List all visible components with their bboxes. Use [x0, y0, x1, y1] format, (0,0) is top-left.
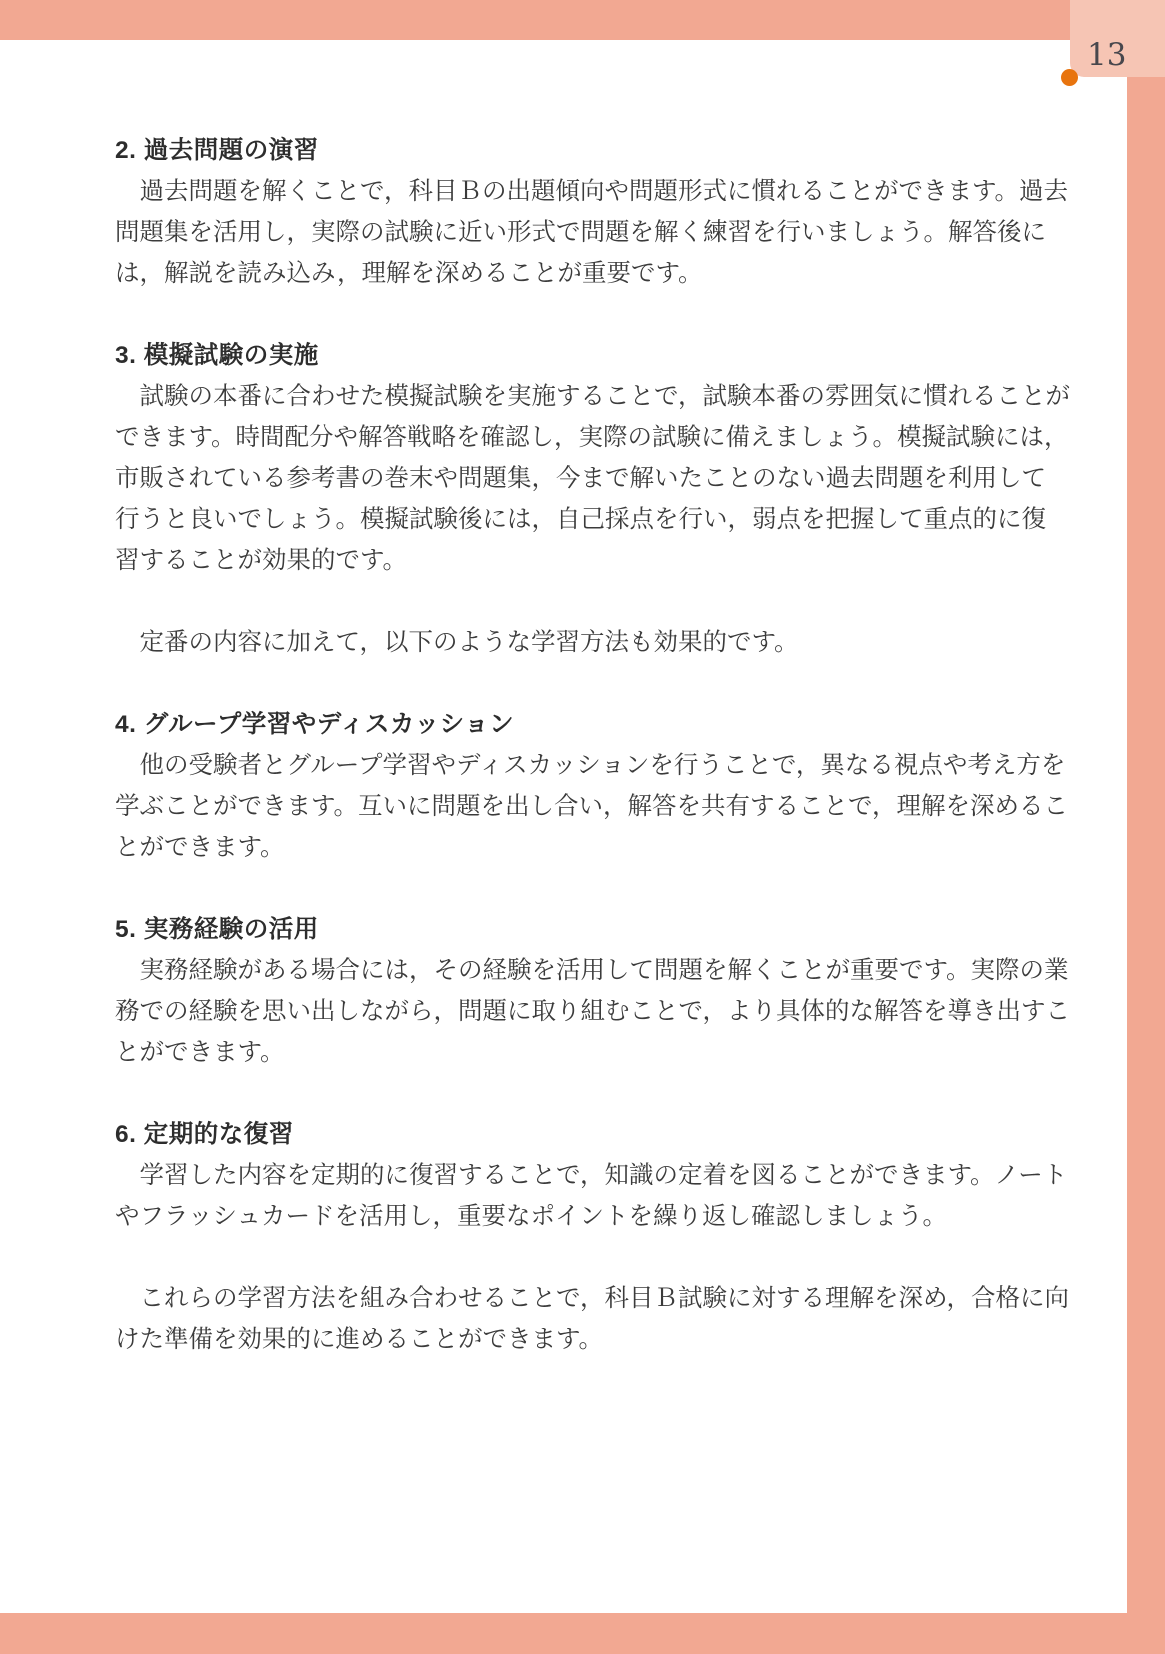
section-past-problem-practice: 2. 過去問題の演習 過去問題を解くことで，科目Ｂの出題傾向や問題形式に慣れるこ…: [115, 130, 1070, 294]
document-page: 13 2. 過去問題の演習 過去問題を解くことで，科目Ｂの出題傾向や問題形式に慣…: [0, 0, 1165, 1654]
page-number-tab: 13: [1070, 0, 1165, 77]
section-heading: 3. 模擬試験の実施: [115, 335, 1070, 376]
section-body: 過去問題を解くことで，科目Ｂの出題傾向や問題形式に慣れることができます。過去問題…: [115, 171, 1070, 294]
section-body: 試験の本番に合わせた模擬試験を実施することで，試験本番の雰囲気に慣れることができ…: [115, 376, 1070, 581]
page-number: 13: [1087, 40, 1126, 71]
section-heading: 6. 定期的な復習: [115, 1114, 1070, 1155]
section-mock-exam: 3. 模擬試験の実施 試験の本番に合わせた模擬試験を実施することで，試験本番の雰…: [115, 335, 1070, 581]
section-work-experience: 5. 実務経験の活用 実務経験がある場合には，その経験を活用して問題を解くことが…: [115, 909, 1070, 1073]
content-column: 2. 過去問題の演習 過去問題を解くことで，科目Ｂの出題傾向や問題形式に慣れるこ…: [115, 130, 1070, 1360]
section-body: 学習した内容を定期的に復習することで，知識の定着を図ることができます。ノートやフ…: [115, 1155, 1070, 1237]
section-heading: 4. グループ学習やディスカッション: [115, 704, 1070, 745]
top-bar: [0, 0, 1165, 40]
transition-note: 定番の内容に加えて，以下のような学習方法も効果的です。: [115, 622, 1070, 663]
section-body: 実務経験がある場合には，その経験を活用して問題を解くことが重要です。実際の業務で…: [115, 950, 1070, 1073]
page-marker-dot-icon: [1061, 69, 1078, 86]
section-group-study: 4. グループ学習やディスカッション 他の受験者とグループ学習やディスカッション…: [115, 704, 1070, 868]
right-margin-stripe: [1127, 40, 1165, 1654]
section-body: 他の受験者とグループ学習やディスカッションを行うことで，異なる視点や考え方を学ぶ…: [115, 745, 1070, 868]
section-periodic-review: 6. 定期的な復習 学習した内容を定期的に復習することで，知識の定着を図ることが…: [115, 1114, 1070, 1237]
bottom-bar: [0, 1613, 1165, 1654]
closing-paragraph: これらの学習方法を組み合わせることで，科目Ｂ試験に対する理解を深め，合格に向けた…: [115, 1278, 1070, 1360]
section-heading: 2. 過去問題の演習: [115, 130, 1070, 171]
section-heading: 5. 実務経験の活用: [115, 909, 1070, 950]
